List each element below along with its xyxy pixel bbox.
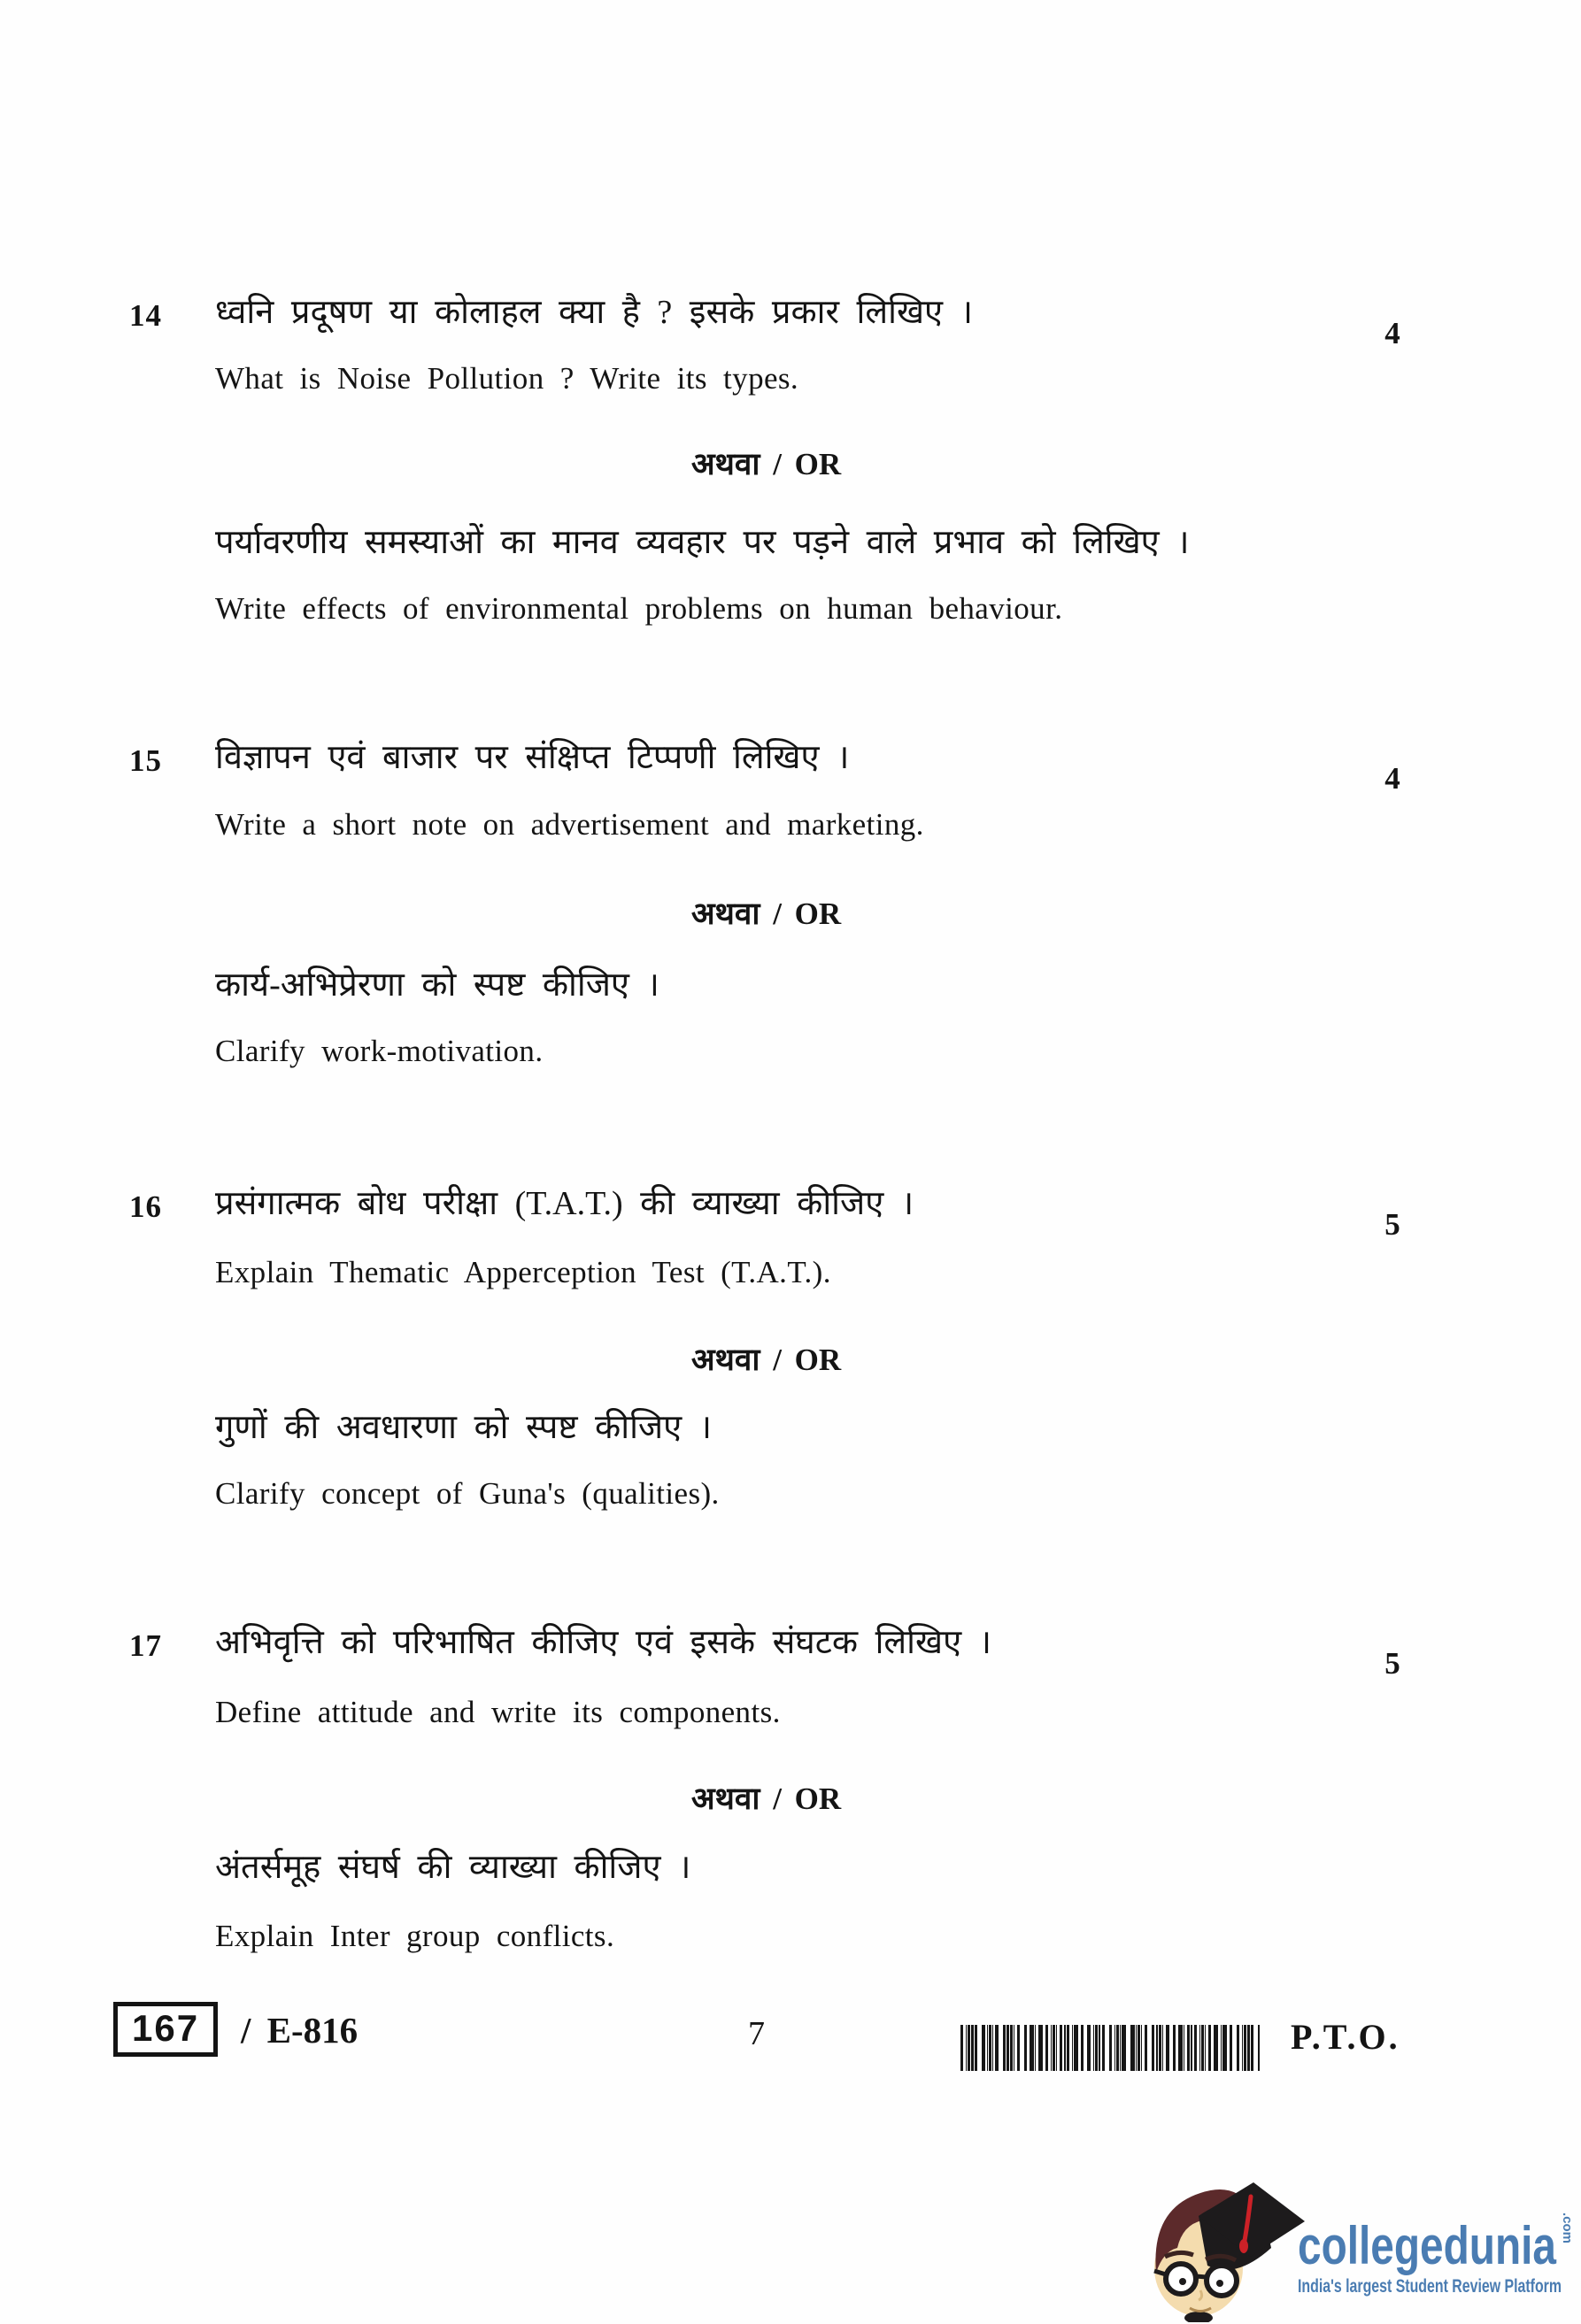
question-text-hindi: अभिवृत्ति को परिभाषित कीजिए एवं इसके संघ… xyxy=(215,1618,1357,1664)
question-marks: 4 xyxy=(1370,316,1415,351)
question-number: 15 xyxy=(129,743,191,779)
question-text-hindi: ध्वनि प्रदूषण या कोलाहल क्या है ? इसके प… xyxy=(215,288,1357,334)
question-text-english: Explain Thematic Apperception Test (T.A.… xyxy=(215,1255,1357,1290)
question-number: 17 xyxy=(129,1628,191,1664)
question-alt-english: Clarify work-motivation. xyxy=(215,1034,1357,1069)
question-number: 16 xyxy=(129,1189,191,1225)
question-text-english: Write a short note on advertisement and … xyxy=(215,807,1357,843)
question-text-english: Define attitude and write its components… xyxy=(215,1695,1357,1730)
question-alt-english: Write effects of environmental problems … xyxy=(215,591,1357,627)
question-text-hindi: विज्ञापन एवं बाजार पर संक्षिप्त टिप्पणी … xyxy=(215,733,1357,779)
question-alt-hindi: गुणों की अवधारणा को स्पष्ट कीजिए । xyxy=(215,1403,1357,1449)
logo-brand-text: collegedunia xyxy=(1298,2216,1556,2275)
graduate-mascot-icon xyxy=(1154,2182,1305,2322)
question-alt-english: Clarify concept of Guna's (qualities). xyxy=(215,1476,1357,1512)
logo-tld-text: .com xyxy=(1560,2212,1575,2243)
pto-label: P.T.O. xyxy=(1291,2016,1400,2058)
exam-paper-page: 14 4 ध्वनि प्रदूषण या कोलाहल क्या है ? इ… xyxy=(0,0,1581,2324)
barcode xyxy=(960,2025,1260,2071)
paper-number-box: 167 xyxy=(113,2002,218,2057)
or-separator: अथवा / OR xyxy=(215,1777,1317,1819)
question-alt-hindi: अंतर्समूह संघर्ष की व्याख्या कीजिए । xyxy=(215,1843,1357,1889)
question-alt-hindi: पर्यावरणीय समस्याओं का मानव व्यवहार पर प… xyxy=(215,518,1357,564)
question-text-english: What is Noise Pollution ? Write its type… xyxy=(215,361,1357,396)
question-number: 14 xyxy=(129,298,191,334)
collegedunia-logo[interactable]: collegedunia .com India's largest Studen… xyxy=(1147,2131,1581,2322)
paper-code: / E-816 xyxy=(241,2009,358,2051)
or-separator: अथवा / OR xyxy=(215,892,1317,934)
or-separator: अथवा / OR xyxy=(215,442,1317,484)
or-separator: अथवा / OR xyxy=(215,1338,1317,1380)
page-number: 7 xyxy=(748,2014,765,2053)
question-alt-english: Explain Inter group conflicts. xyxy=(215,1919,1357,1954)
logo-tagline: India's largest Student Review Platform xyxy=(1298,2276,1562,2297)
question-marks: 5 xyxy=(1370,1207,1415,1243)
question-text-hindi: प्रसंगात्मक बोध परीक्षा (T.A.T.) की व्या… xyxy=(215,1179,1357,1225)
question-alt-hindi: कार्य-अभिप्रेरणा को स्पष्ट कीजिए । xyxy=(215,960,1357,1006)
question-marks: 5 xyxy=(1370,1646,1415,1681)
question-marks: 4 xyxy=(1370,761,1415,796)
